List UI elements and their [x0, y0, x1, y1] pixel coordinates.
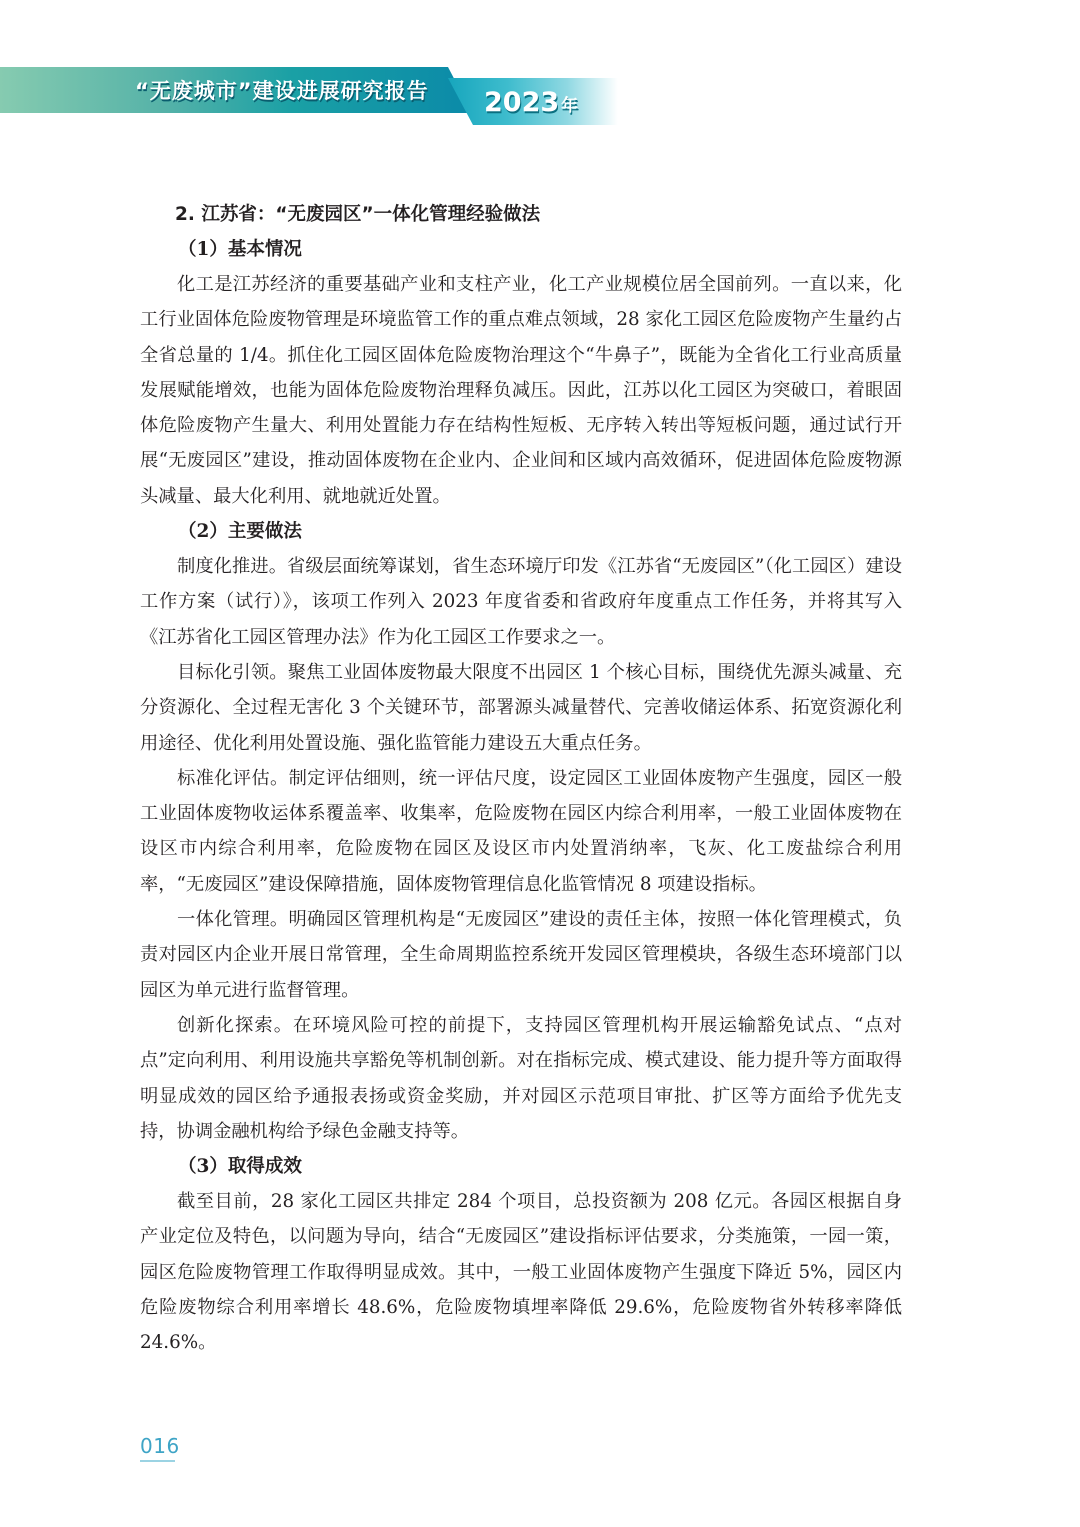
section-heading: 2. 江苏省：“无废园区”一体化管理经验做法: [175, 197, 902, 232]
paragraph-institutionalization: 制度化推进。省级层面统筹谋划，省生态环境厅印发《江苏省“无废园区”（化工园区）建…: [140, 549, 902, 655]
paragraph-goal-orientation: 目标化引领。聚焦工业固体废物最大限度不出园区 1 个核心目标，围绕优先源头减量、…: [140, 655, 902, 761]
page-number-underline: [140, 1460, 175, 1462]
paragraph-standardized-evaluation: 标准化评估。制定评估细则，统一评估尺度，设定园区工业固体废物产生强度，园区一般工…: [140, 761, 902, 902]
report-year-unit: 年: [561, 96, 578, 116]
report-year-number: 2023: [484, 87, 559, 118]
paragraph-results: 截至目前，28 家化工园区共排定 284 个项目，总投资额为 208 亿元。各园…: [140, 1184, 902, 1360]
header-banner: “无废城市”建设进展研究报告 2023年: [0, 0, 640, 140]
subsection-heading-results: （3）取得成效: [178, 1149, 902, 1184]
document-body: 2. 江苏省：“无废园区”一体化管理经验做法 （1）基本情况 化工是江苏经济的重…: [140, 197, 902, 1361]
paragraph-innovation: 创新化探索。在环境风险可控的前提下，支持园区管理机构开展运输豁免试点、“点对点”…: [140, 1008, 902, 1149]
paragraph-basic-situation: 化工是江苏经济的重要基础产业和支柱产业，化工产业规模位居全国前列。一直以来，化工…: [140, 267, 902, 514]
report-title: “无废城市”建设进展研究报告: [135, 74, 429, 108]
report-year: 2023年: [484, 84, 578, 122]
subsection-heading-main-practices: （2）主要做法: [178, 514, 902, 549]
page-number: 016: [140, 1434, 180, 1458]
paragraph-integrated-management: 一体化管理。明确园区管理机构是“无废园区”建设的责任主体，按照一体化管理模式，负…: [140, 902, 902, 1008]
subsection-heading-basic-situation: （1）基本情况: [178, 232, 902, 267]
